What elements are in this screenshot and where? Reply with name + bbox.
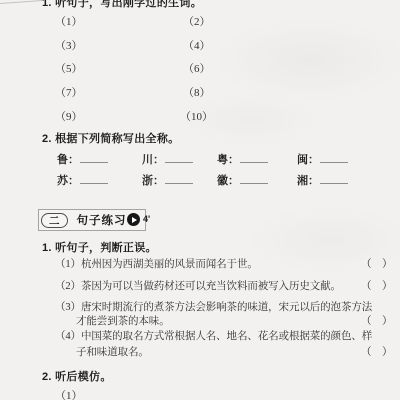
answer-bracket-1: （ ） (361, 256, 393, 271)
vocab-item-4: （4） (183, 37, 211, 53)
vocab-item-8: （8） (183, 84, 211, 100)
abbrev-char: 徽： (217, 175, 239, 187)
judge-item-2-number: （2） (55, 281, 81, 292)
abbrev-item-min: 闽： (297, 151, 348, 167)
vocab-item-7: （7） (55, 84, 83, 100)
audio-duration-label: 4' (143, 214, 150, 224)
vocab-item-10: （10） (180, 108, 213, 124)
judge-item-1-text: 杭州因为西湖美丽的风景而闻名于世。 (81, 259, 258, 270)
answer-blank (165, 174, 193, 184)
abbrev-item-su: 苏： (57, 172, 108, 188)
vocab-item-2: （2） (183, 13, 211, 29)
judge-item-3: （3）唐宋时期流行的煮茶方法会影响茶的味道，宋元以后的泡茶方法 (55, 299, 372, 314)
answer-bracket-2: （ ） (361, 278, 393, 293)
abbrev-item-yue: 粤： (217, 151, 268, 167)
abbrev-item-lu: 鲁： (57, 151, 108, 167)
judge-item-4-text: 中国菜的取名方式常根据人名、地名、花名或根据菜的颜色、样 (81, 331, 372, 342)
answer-bracket-3: （ ） (361, 313, 393, 328)
judge-item-4-number: （4） (55, 331, 81, 342)
answer-blank (80, 174, 108, 184)
abbrev-char: 浙： (142, 175, 164, 187)
answer-blank (165, 153, 193, 163)
abbrev-item-xiang: 湘： (297, 172, 348, 188)
scan-artifact (0, 0, 44, 4)
answer-blank (320, 153, 348, 163)
vocab-item-6: （6） (183, 60, 211, 76)
imitate-title: 2. 听后模仿。 (42, 368, 112, 384)
judge-item-4: （4）中国菜的取名方式常根据人名、地名、花名或根据菜的颜色、样 (55, 328, 372, 343)
vocab-title: 1. 听句子，写出刚学过的生词。 (42, 0, 202, 10)
worksheet-page: 1. 听句子，写出刚学过的生词。 （1） （2） （3） （4） （5） （6）… (0, 0, 400, 400)
judge-title: 1. 听句子，判断正误。 (42, 239, 157, 255)
imitate-item-1: （1） (55, 387, 83, 400)
answer-blank (80, 153, 108, 163)
judge-item-1: （1）杭州因为西湖美丽的风景而闻名于世。 (55, 256, 258, 271)
judge-item-2: （2）茶因为可以当做药材还可以充当饮料而被写入历史文献。 (55, 278, 341, 293)
judge-item-3-line2: 才能尝到茶的本味。 (76, 313, 170, 328)
abbrev-char: 粤： (217, 154, 239, 166)
section-number-badge: 二 (41, 213, 68, 228)
abbrev-char: 鲁： (57, 154, 79, 166)
vocab-item-5: （5） (55, 60, 83, 76)
abbrev-item-chuan: 川： (142, 151, 193, 167)
vocab-item-9: （9） (55, 108, 83, 124)
play-icon (127, 213, 140, 226)
judge-item-2-text: 茶因为可以当做药材还可以充当饮料而被写入历史文献。 (81, 281, 341, 292)
judge-item-4-line2: 子和味道取名。 (76, 344, 149, 359)
vocab-item-3: （3） (55, 37, 83, 53)
section-title: 句子练习 (77, 212, 127, 228)
abbrev-char: 苏： (57, 175, 79, 187)
answer-blank (320, 174, 348, 184)
vocab-item-1: （1） (55, 13, 83, 29)
abbrev-char: 湘： (297, 175, 319, 187)
answer-blank (240, 174, 268, 184)
abbrev-char: 川： (142, 154, 164, 166)
abbrev-title: 2. 根据下列简称写出全称。 (42, 130, 179, 146)
answer-blank (240, 153, 268, 163)
judge-item-3-number: （3） (55, 302, 81, 313)
judge-item-1-number: （1） (55, 259, 81, 270)
abbrev-char: 闽： (297, 154, 319, 166)
abbrev-item-hui: 徽： (217, 172, 268, 188)
answer-bracket-4: （ ） (361, 344, 393, 359)
judge-item-3-text: 唐宋时期流行的煮茶方法会影响茶的味道，宋元以后的泡茶方法 (81, 302, 372, 313)
abbrev-item-zhe: 浙： (142, 172, 193, 188)
